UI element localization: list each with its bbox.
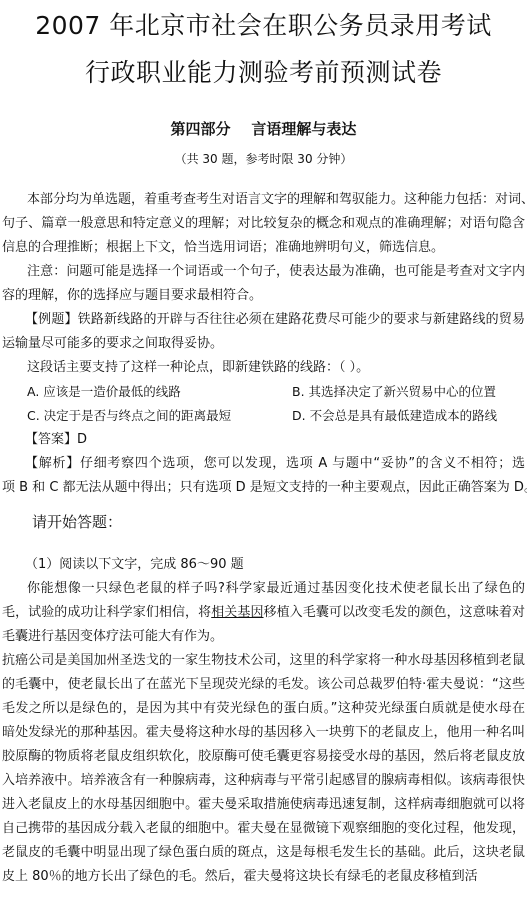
example-line: 运输量尽可能多的要求之间取得妥协。	[2, 334, 525, 354]
passage-line: 进入老鼠皮上的水母基因细胞中。霍夫曼采取措施使病毒迅速复制，这样病毒细胞就可以将	[2, 795, 525, 815]
passage-text: 移植入毛囊可以改变毛发的颜色，这意味着对	[264, 605, 525, 620]
passage-line: 毛发之所以是绿色的，是因为其中有荧光绿色的蛋白质。”这种荧光绿蛋白质就是使水母在	[2, 699, 525, 719]
passage-line: 入培养液中。培养液含有一种腺病毒，这种病毒与平常引起感冒的腺病毒相似。该病毒很快	[2, 771, 525, 791]
option-c: C. 决定于是否与终点之间的距离最短	[27, 406, 231, 426]
intro-line: 信息的合理推断；根据上下文，恰当选用词语；准确地辨明句义，筛选信息。	[2, 238, 525, 258]
passage-line: 暗处发绿光的那种基因。霍夫曼将这种水母的基因移入一块剪下的老鼠皮上，他用一种名叫	[2, 723, 525, 743]
note-line: 注意：问题可能是选择一个词语或一个句子，使表达最为准确，也可能是考查对文字内	[27, 262, 525, 282]
passage-line: 自己携带的基因成分载入老鼠的细胞中。霍夫曼在显微镜下观察细胞的变化过程，他发现，	[2, 819, 525, 839]
passage-heading: （1）阅读以下文字，完成 86～90 题	[25, 555, 525, 575]
option-a: A. 应该是一造价最低的线路	[27, 382, 181, 402]
intro-line: 句子、篇章一般意思和特定意义的理解；对比较复杂的概念和观点的准确理解；对语句隐含	[2, 214, 525, 234]
passage-line: 皮上 80％的地方长出了绿色的毛。然后，霍夫曼将这块长有绿毛的老鼠皮移植到活	[2, 867, 525, 887]
example-answer: 【答案】D	[25, 430, 525, 450]
option-d: D. 不会总是具有最低建造成本的路线	[292, 406, 497, 426]
exam-title-line2: 行政职业能力测验考前预测试卷	[0, 53, 527, 89]
analysis-line: 【解析】仔细考察四个选项，您可以发现，选项 A 与题中“妥协”的含义不相符；选	[25, 454, 525, 474]
passage-line: 你能想像一只绿色老鼠的样子吗?科学家最近通过基因变化技术使老鼠长出了绿色的	[27, 579, 525, 599]
passage-line: 老鼠皮的毛囊中明显出现了绿色蛋白质的斑点，这是每根毛发生长的基础。此后，这块老鼠	[2, 843, 525, 863]
section-subtitle: （共 30 题，参考时限 30 分钟）	[0, 150, 527, 167]
passage-line: 的毛囊中，使老鼠长出了在蓝光下呈现荧光绿的毛发。该公司总裁罗伯特·霍夫曼说：“这…	[2, 675, 525, 695]
passage-line: 抗癌公司是美国加州圣迭戈的一家生物技术公司，这里的科学家将一种水母基因移植到老鼠	[2, 651, 525, 671]
section-title: 第四部分 言语理解与表达	[0, 118, 527, 139]
passage-line: 毛，试验的成功让科学家们相信，将相关基因移植入毛囊可以改变毛发的颜色，这意味着对	[2, 603, 525, 623]
start-answering-label: 请开始答题：	[32, 511, 122, 532]
intro-line: 本部分均为单选题，着重考查考生对语言文字的理解和驾驭能力。这种能力包括：对词、	[27, 190, 525, 210]
example-question: 这段话主要支持了这样一种论点，即新建铁路的线路：（ ）。	[27, 358, 525, 378]
passage-line: 毛囊进行基因变体疗法可能大有作为。	[2, 627, 525, 647]
passage-line: 胶原酶的物质将老鼠皮组织软化，胶原酶可使毛囊更容易接受水母的基因，然后将老鼠皮放	[2, 747, 525, 767]
analysis-line: 项 B 和 C 都无法从题中得出；只有选项 D 是短文支持的一种主要观点，因此正…	[2, 478, 525, 498]
option-b: B. 其选择决定了新兴贸易中心的位置	[292, 382, 496, 402]
passage-text: 毛，试验的成功让科学家们相信，将	[2, 605, 211, 620]
note-line: 容的理解，你的选择应与题目要求最相符合。	[2, 286, 525, 306]
exam-title-line1: 2007 年北京市社会在职公务员录用考试	[0, 6, 527, 42]
example-line: 【例题】铁路新线路的开辟与否往往必须在建路花费尽可能少的要求与新建路线的贸易	[25, 310, 525, 330]
underlined-term: 相关基因	[211, 605, 263, 620]
